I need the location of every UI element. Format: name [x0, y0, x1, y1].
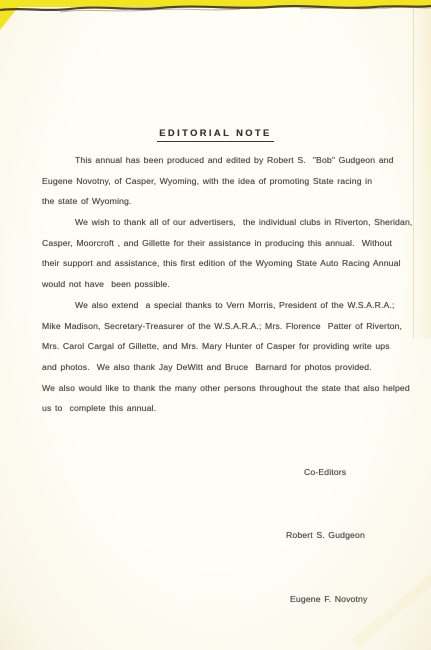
- text-line: the state of Wyoming.: [42, 191, 422, 212]
- text-line: and photos. We also thank Jay DeWitt and…: [42, 357, 422, 378]
- text-line: Mike Madison, Secretary-Treasurer of the…: [42, 316, 422, 337]
- signature-editor-2: Eugene F. Novotny: [286, 589, 367, 610]
- text-line: We also extend a special thanks to Vern …: [42, 295, 422, 316]
- torn-top-edge-graphic: [0, 0, 431, 60]
- yellow-backing-corner: [0, 0, 24, 30]
- yellow-backing-strip: [0, 0, 431, 7]
- page-title-wrap: EDITORIAL NOTE: [0, 123, 431, 142]
- torn-edge-strand: [60, 9, 240, 12]
- torn-edge-line: [0, 6, 431, 10]
- page-title: EDITORIAL NOTE: [157, 127, 273, 142]
- text-line: Mrs. Carol Cargal of Gillette, and Mrs. …: [42, 336, 422, 357]
- scanned-page: EDITORIAL NOTE This annual has been prod…: [0, 0, 431, 650]
- torn-edge-strand: [300, 7, 431, 9]
- text-line: We wish to thank all of our advertisers,…: [42, 212, 422, 233]
- text-line: would not have been possible.: [42, 274, 422, 295]
- signature-editor-1: Robert S. Gudgeon: [286, 525, 367, 546]
- text-line: us to complete this annual.: [42, 398, 422, 419]
- text-line: This annual has been produced and edited…: [42, 150, 422, 171]
- editorial-body: This annual has been produced and edited…: [42, 150, 422, 419]
- text-line: Casper, Moorcroft , and Gillette for the…: [42, 233, 422, 254]
- text-line: Eugene Novotny, of Casper, Wyoming, with…: [42, 171, 422, 192]
- text-line: their support and assistance, this first…: [42, 253, 422, 274]
- signature-block: Co-Editors Robert S. Gudgeon Eugene F. N…: [286, 419, 367, 650]
- text-line: We also would like to thank the many oth…: [42, 378, 422, 399]
- signature-role: Co-Editors: [286, 462, 367, 483]
